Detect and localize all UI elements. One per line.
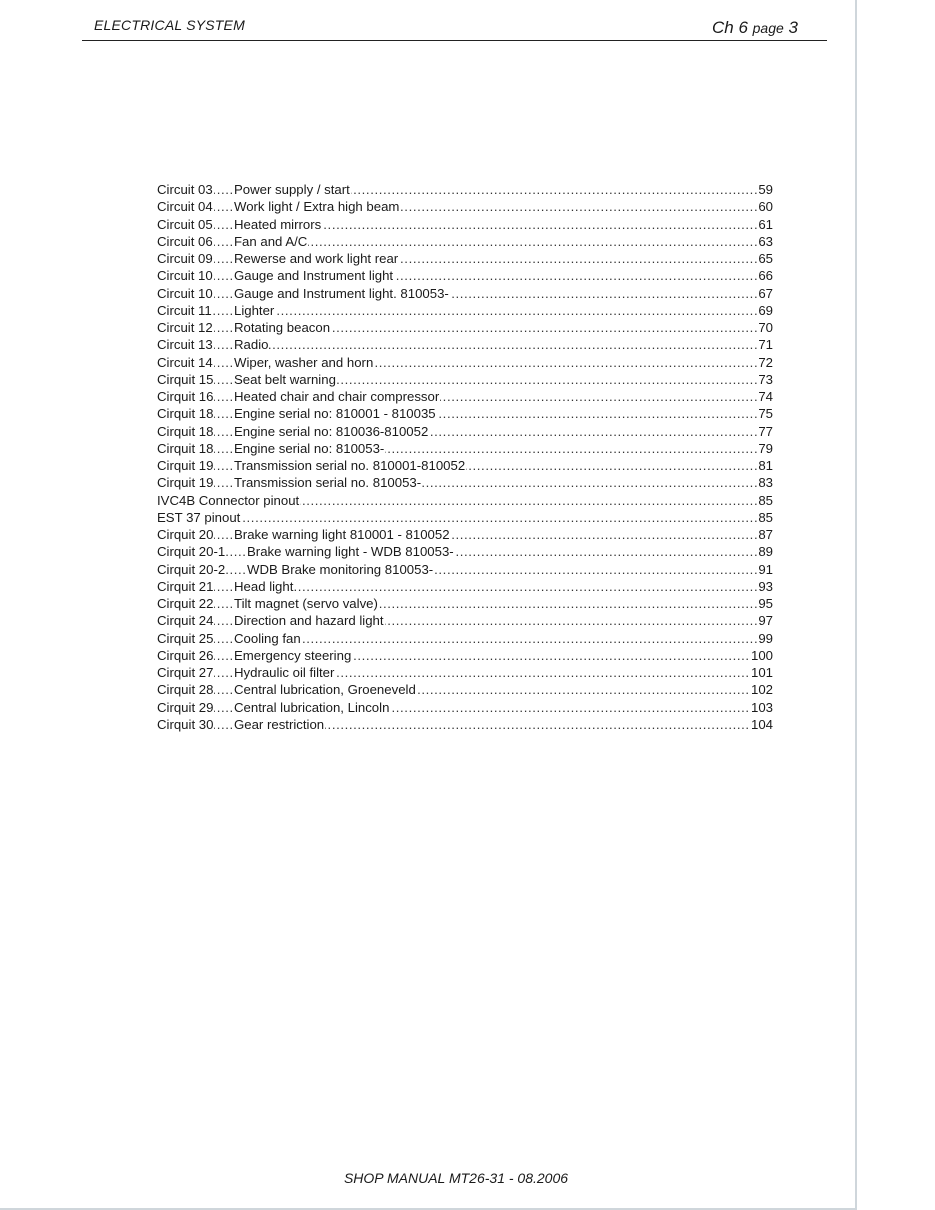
toc-entry-page: 85 (757, 492, 773, 509)
toc-entry[interactable]: ........................................… (157, 647, 773, 664)
table-of-contents: ........................................… (157, 181, 773, 733)
toc-entry-circuit: Cirquit 25 (157, 630, 214, 647)
toc-entry-page: 87 (757, 526, 773, 543)
toc-entry-page: 61 (757, 216, 773, 233)
toc-entry[interactable]: ........................................… (157, 526, 773, 543)
toc-entry-page: 73 (757, 371, 773, 388)
footer-text: SHOP MANUAL MT26-31 - 08.2006 (0, 1170, 912, 1186)
toc-entry-title: Gear restriction (234, 716, 325, 733)
manual-page: ELECTRICAL SYSTEM Ch 6 page 3 ..........… (0, 0, 857, 1210)
toc-entry-page: 63 (757, 233, 773, 250)
toc-entry-title: Lighter (234, 302, 275, 319)
toc-entry[interactable]: ........................................… (157, 233, 773, 250)
toc-entry-page: 65 (757, 250, 773, 267)
toc-entry-page: 83 (757, 474, 773, 491)
toc-entry-title: Engine serial no: 810001 - 810035 (234, 405, 437, 422)
toc-entry-title: Transmission serial no. 810001-810052 (234, 457, 466, 474)
toc-entry-title: Fan and A/C (234, 233, 308, 250)
toc-entry-circuit: Circuit 06 (157, 233, 214, 250)
toc-entry[interactable]: ........................................… (157, 388, 773, 405)
toc-entry-circuit: Circuit 05 (157, 216, 214, 233)
toc-entry-title: Cooling fan (234, 630, 302, 647)
toc-entry-page: 89 (757, 543, 773, 560)
toc-entry-circuit: Cirquit 22 (157, 595, 214, 612)
toc-entry[interactable]: ........................................… (157, 543, 773, 560)
toc-entry-circuit: Cirquit 27 (157, 664, 214, 681)
toc-entry-circuit: Circuit 03 (157, 181, 214, 198)
toc-entry-page: 91 (757, 561, 773, 578)
toc-entry[interactable]: ........................................… (157, 492, 773, 509)
toc-entry[interactable]: ........................................… (157, 681, 773, 698)
toc-entry[interactable]: ........................................… (157, 474, 773, 491)
toc-entry-circuit: Cirquit 21 (157, 578, 214, 595)
toc-entry-title: Central lubrication, Lincoln (234, 699, 390, 716)
toc-entry-title: Brake warning light 810001 - 810052 (234, 526, 451, 543)
toc-entry[interactable]: ........................................… (157, 699, 773, 716)
toc-entry-title: Wiper, washer and horn (234, 354, 374, 371)
toc-entry-title: Gauge and Instrument light. 810053- (234, 285, 450, 302)
toc-entry-page: 75 (757, 405, 773, 422)
toc-entry-title: Radio (234, 336, 269, 353)
toc-entry[interactable]: ........................................… (157, 216, 773, 233)
toc-entry-title: Brake warning light - WDB 810053- (247, 543, 455, 560)
toc-entry-page: 79 (757, 440, 773, 457)
toc-entry-title: Heated mirrors (234, 216, 322, 233)
toc-entry-page: 71 (757, 336, 773, 353)
toc-entry[interactable]: ........................................… (157, 440, 773, 457)
toc-entry-page: 77 (757, 423, 773, 440)
toc-entry-page: 69 (757, 302, 773, 319)
toc-entry-page: 74 (757, 388, 773, 405)
toc-entry-page: 59 (757, 181, 773, 198)
toc-entry-page: 103 (750, 699, 773, 716)
page-label: page (753, 20, 784, 36)
toc-entry[interactable]: ........................................… (157, 423, 773, 440)
toc-entry[interactable]: ........................................… (157, 302, 773, 319)
toc-entry-circuit: Circuit 14 (157, 354, 214, 371)
toc-entry-circuit: Circuit 09 (157, 250, 214, 267)
toc-entry-title: Emergency steering (234, 647, 352, 664)
page-reference: Ch 6 page 3 (712, 18, 798, 38)
toc-entry-page: 70 (757, 319, 773, 336)
header-rule (82, 40, 827, 41)
toc-entry-page: 85 (757, 509, 773, 526)
toc-entry[interactable]: ........................................… (157, 354, 773, 371)
toc-entry-circuit: Cirquit 29 (157, 699, 214, 716)
toc-entry-circuit: Cirquit 15 (157, 371, 214, 388)
toc-entry-page: 104 (750, 716, 773, 733)
toc-entry-circuit: Cirquit 18 (157, 405, 214, 422)
toc-entry-title: Engine serial no: 810053- (234, 440, 385, 457)
toc-entry[interactable]: ........................................… (157, 371, 773, 388)
toc-entry-circuit: Cirquit 16 (157, 388, 214, 405)
toc-entry-title: Tilt magnet (servo valve) (234, 595, 379, 612)
toc-entry[interactable]: ........................................… (157, 319, 773, 336)
toc-entry[interactable]: ........................................… (157, 198, 773, 215)
toc-entry-title: Power supply / start (234, 181, 351, 198)
toc-entry[interactable]: ........................................… (157, 630, 773, 647)
toc-entry-title: Work light / Extra high beam (234, 198, 400, 215)
toc-entry[interactable]: ........................................… (157, 578, 773, 595)
toc-entry-circuit: Circuit 12 (157, 319, 214, 336)
toc-entry-circuit: Cirquit 20 (157, 526, 214, 543)
toc-entry-title: Heated chair and chair compressor (234, 388, 440, 405)
toc-entry-title: Transmission serial no. 810053- (234, 474, 422, 491)
toc-entry-title: Head light (234, 578, 294, 595)
toc-entry-title: Engine serial no: 810036-810052 (234, 423, 429, 440)
toc-entry[interactable]: ........................................… (157, 405, 773, 422)
toc-entry-circuit: Cirquit 20-2 (157, 561, 226, 578)
toc-entry[interactable]: ........................................… (157, 664, 773, 681)
toc-entry[interactable]: ........................................… (157, 561, 773, 578)
toc-entry-title: IVC4B Connector pinout (157, 492, 300, 509)
toc-entry[interactable]: ........................................… (157, 250, 773, 267)
toc-entry-title: EST 37 pinout (157, 509, 241, 526)
toc-entry-circuit: Cirquit 28 (157, 681, 214, 698)
section-title: ELECTRICAL SYSTEM (94, 17, 245, 33)
toc-entry-circuit: Cirquit 26 (157, 647, 214, 664)
toc-entry-circuit: Circuit 04 (157, 198, 214, 215)
toc-entry-page: 101 (750, 664, 773, 681)
toc-entry-page: 102 (750, 681, 773, 698)
toc-entry-title: Rotating beacon (234, 319, 331, 336)
toc-entry-page: 97 (757, 612, 773, 629)
toc-entry-circuit: Circuit 10 (157, 285, 214, 302)
toc-entry-page: 67 (757, 285, 773, 302)
toc-entry[interactable]: ........................................… (157, 267, 773, 284)
toc-entry-circuit: Circuit 10 (157, 267, 214, 284)
toc-entry-title: Central lubrication, Groeneveld (234, 681, 417, 698)
toc-entry-page: 66 (757, 267, 773, 284)
toc-entry-title: WDB Brake monitoring 810053- (247, 561, 434, 578)
toc-entry-circuit: Cirquit 30 (157, 716, 214, 733)
toc-entry-page: 100 (750, 647, 773, 664)
toc-entry-circuit: Cirquit 18 (157, 423, 214, 440)
toc-entry[interactable]: ........................................… (157, 457, 773, 474)
toc-entry-circuit: Cirquit 19 (157, 457, 214, 474)
toc-entry-title: Rewerse and work light rear (234, 250, 399, 267)
toc-entry-title: Direction and hazard light (234, 612, 385, 629)
toc-entry-page: 81 (757, 457, 773, 474)
toc-entry[interactable]: ........................................… (157, 612, 773, 629)
toc-entry-page: 93 (757, 578, 773, 595)
chapter-label: Ch 6 (712, 18, 748, 37)
page-number: 3 (789, 18, 798, 37)
toc-entry-page: 72 (757, 354, 773, 371)
toc-entry-circuit: Cirquit 24 (157, 612, 214, 629)
toc-entry-circuit: Cirquit 20-1 (157, 543, 226, 560)
toc-entry-page: 99 (757, 630, 773, 647)
toc-entry-circuit: Circuit 13 (157, 336, 214, 353)
toc-entry[interactable]: ........................................… (157, 285, 773, 302)
toc-entry-title: Gauge and Instrument light (234, 267, 394, 284)
toc-entry-page: 60 (757, 198, 773, 215)
toc-entry-circuit: Circuit 11 (157, 302, 213, 319)
toc-entry-page: 95 (757, 595, 773, 612)
toc-entry[interactable]: ........................................… (157, 336, 773, 353)
toc-entry-title: Seat belt warning (234, 371, 337, 388)
dot-leader: ........................................… (157, 509, 773, 526)
toc-entry-circuit: Cirquit 19 (157, 474, 214, 491)
toc-entry[interactable]: ........................................… (157, 181, 773, 198)
toc-entry[interactable]: ........................................… (157, 595, 773, 612)
toc-entry[interactable]: ........................................… (157, 509, 773, 526)
toc-entry-title: Hydraulic oil filter (234, 664, 335, 681)
toc-entry[interactable]: ........................................… (157, 716, 773, 733)
toc-entry-circuit: Cirquit 18 (157, 440, 214, 457)
